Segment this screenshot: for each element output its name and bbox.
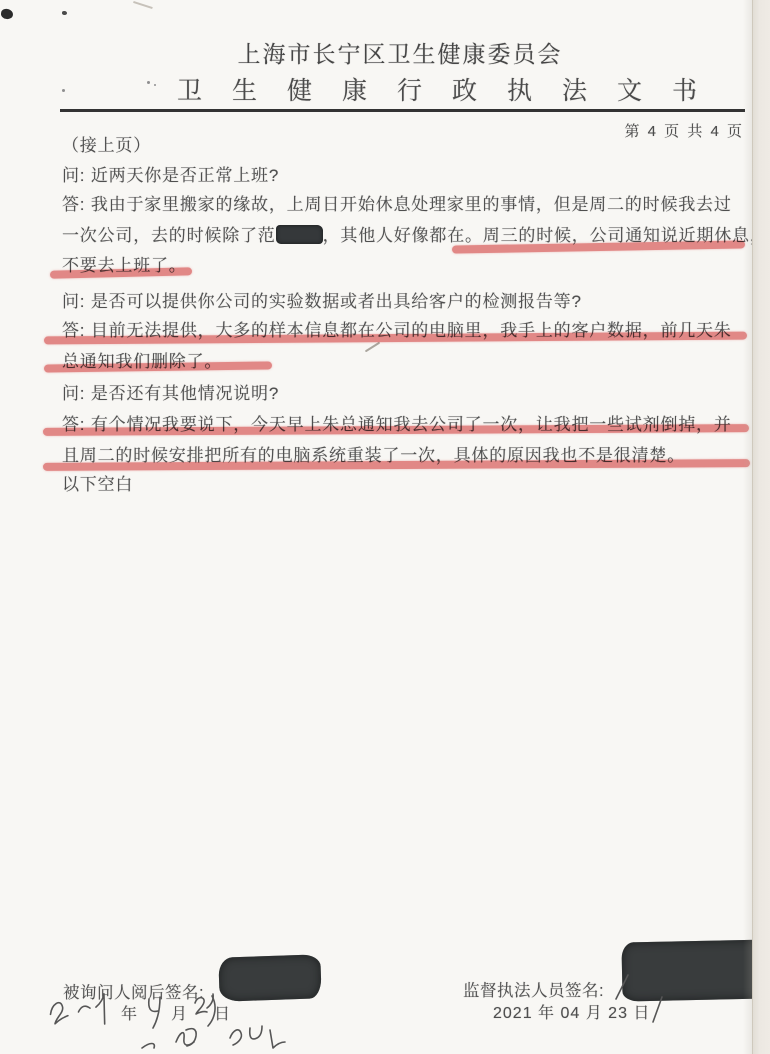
org-title: 上海市长宁区卫生健康委员会 bbox=[30, 36, 770, 69]
header-rule bbox=[60, 109, 745, 112]
year-label: 年 bbox=[121, 1001, 137, 1024]
question-line: 问: 是否还有其他情况说明? bbox=[62, 379, 279, 404]
scan-dot bbox=[147, 81, 150, 84]
handwritten-stroke bbox=[648, 994, 668, 1024]
scan-speck bbox=[0, 8, 13, 20]
question-line: 问: 是否可以提供你公司的实验数据或者出具给客户的检测报告等? bbox=[62, 287, 582, 312]
answer-text: 一次公司，去的时候除了范 bbox=[62, 226, 276, 245]
scan-scratch bbox=[133, 1, 152, 9]
continued-note: （接上页） bbox=[62, 131, 151, 156]
scan-dot bbox=[154, 84, 156, 86]
handwritten-comma bbox=[205, 991, 217, 1011]
scan-speck bbox=[62, 11, 67, 15]
handwritten-stroke bbox=[612, 972, 632, 1002]
inspector-signature-label: 监督执法人员签名: bbox=[463, 977, 604, 1001]
question-line: 问: 近两天你是否正常上班? bbox=[62, 161, 279, 186]
redaction-inline bbox=[276, 225, 323, 244]
month-label: 月 bbox=[171, 1001, 187, 1024]
handwritten-signature-scribble bbox=[138, 1024, 300, 1054]
answer-line: 答: 我由于家里搬家的缘故，上周日开始休息处理家里的事情，但是周二的时候我去过 bbox=[62, 190, 732, 215]
handwritten-year-digits bbox=[39, 981, 117, 1038]
scan-dot bbox=[62, 89, 65, 92]
page-indicator: 第 4 页 共 4 页 bbox=[624, 120, 744, 141]
redaction-block-interviewee bbox=[218, 954, 321, 1002]
end-of-text-note: 以下空白 bbox=[62, 470, 133, 495]
doc-title: 卫生健康行政执法文书 bbox=[177, 71, 727, 107]
scanned-document-page: 上海市长宁区卫生健康委员会 卫生健康行政执法文书 第 4 页 共 4 页 （接上… bbox=[0, 0, 770, 1054]
pen-mark bbox=[365, 342, 380, 353]
inspector-date: 2021 年 04 月 23 日 bbox=[493, 1000, 650, 1023]
page-edge bbox=[752, 0, 770, 1054]
